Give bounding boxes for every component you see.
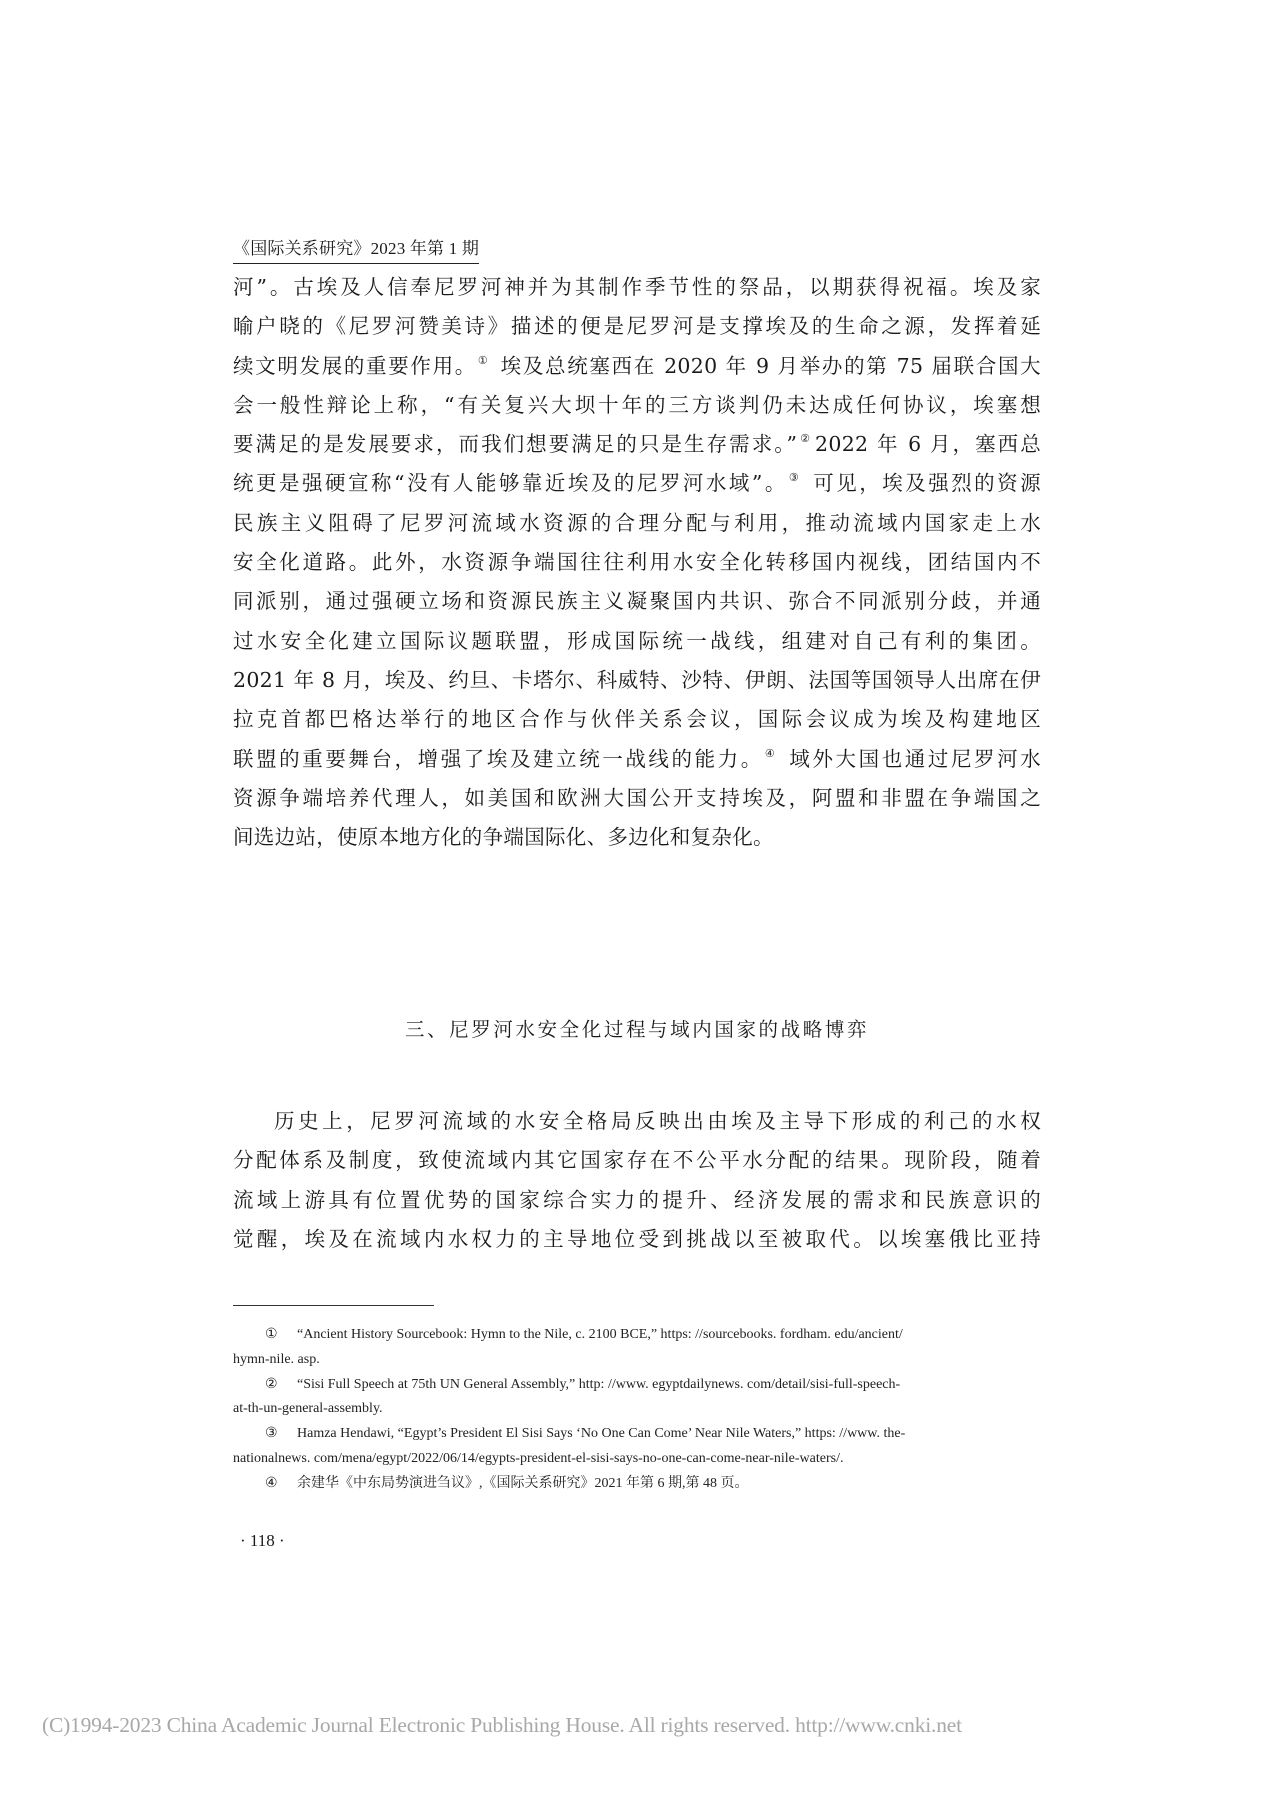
footnote-3-continued: nationalnews. com/mena/egypt/2022/06/14/… (233, 1447, 1041, 1472)
text-span: 域外大国也通过尼罗河水 (789, 747, 1041, 771)
copyright-watermark: (C)1994-2023 China Academic Journal Elec… (42, 1713, 962, 1738)
running-header: 《国际关系研究》2023 年第 1 期 (233, 238, 479, 264)
footnote-marker: ① (265, 1323, 297, 1348)
text-line: 同派别，通过强硬立场和资源民族主义凝聚国内共识、弥合不同派别分歧，并通 (233, 582, 1041, 621)
text-span: 可见，埃及强烈的资源 (813, 471, 1041, 495)
footnote-text: 余建华《中东局势演进刍议》,《国际关系研究》2021 年第 6 期,第 48 页… (297, 1476, 749, 1491)
text-line: 河”。古埃及人信奉尼罗河神并为其制作季节性的祭品，以期获得祝福。埃及家 (233, 268, 1041, 307)
text-span: 联盟的重要舞台，增强了埃及建立统一战线的能力。 (233, 747, 764, 771)
text-span: 要满足的是发展要求，而我们想要满足的只是生存需求。” (233, 432, 797, 456)
paragraph: 历史上，尼罗河流域的水安全格局反映出由埃及主导下形成的利己的水权 分配体系及制度… (233, 1102, 1041, 1259)
page-number: · 118 · (240, 1531, 285, 1551)
footnote-text: “Sisi Full Speech at 75th UN General Ass… (297, 1377, 900, 1392)
footnote-1: ①“Ancient History Sourcebook: Hymn to th… (233, 1323, 1041, 1348)
text-line: 要满足的是发展要求，而我们想要满足的只是生存需求。”②2022 年 6 月，塞西… (233, 425, 1041, 464)
footnote-2: ②“Sisi Full Speech at 75th UN General As… (233, 1373, 1041, 1398)
footnote-ref-3[interactable]: ③ (789, 471, 801, 484)
text-span: 2022 年 6 月，塞西总 (815, 432, 1041, 456)
footnote-marker: ③ (265, 1422, 297, 1447)
footnotes: ①“Ancient History Sourcebook: Hymn to th… (233, 1323, 1041, 1497)
footnote-2-continued: at-th-un-general-assembly. (233, 1397, 1041, 1422)
text-span: 续文明发展的重要作用。 (233, 354, 477, 378)
text-line: 安全化道路。此外，水资源争端国往往利用水安全化转移国内视线，团结国内不 (233, 543, 1041, 582)
text-span: 统更是强硬宣称“没有人能够靠近埃及的尼罗河水域”。 (233, 471, 788, 495)
footnote-divider (233, 1305, 434, 1306)
text-line: 会一般性辩论上称，“有关复兴大坝十年的三方谈判仍未达成任何协议，埃塞想 (233, 386, 1041, 425)
text-line: 过水安全化建立国际议题联盟，形成国际统一战线，组建对自己有利的集团。 (233, 622, 1041, 661)
text-line: 觉醒，埃及在流域内水权力的主导地位受到挑战以至被取代。以埃塞俄比亚持 (233, 1220, 1041, 1259)
text-line: 拉克首都巴格达举行的地区合作与伙伴关系会议，国际会议成为埃及构建地区 (233, 700, 1041, 739)
footnote-marker: ② (265, 1373, 297, 1398)
text-span: 埃及总统塞西在 2020 年 9 月举办的第 75 届联合国大 (501, 354, 1041, 378)
text-line: 间选边站，使原本地方化的争端国际化、多边化和复杂化。 (233, 818, 1041, 857)
text-line: 联盟的重要舞台，增强了埃及建立统一战线的能力。④ 域外大国也通过尼罗河水 (233, 740, 1041, 779)
text-line: 资源争端培养代理人，如美国和欧洲大国公开支持埃及，阿盟和非盟在争端国之 (233, 779, 1041, 818)
paragraph-continued: 河”。古埃及人信奉尼罗河神并为其制作季节性的祭品，以期获得祝福。埃及家 喻户晓的… (233, 268, 1041, 857)
text-line: 2021 年 8 月，埃及、约旦、卡塔尔、科威特、沙特、伊朗、法国等国领导人出席… (233, 661, 1041, 700)
text-line: 民族主义阻碍了尼罗河流域水资源的合理分配与利用，推动流域内国家走上水 (233, 504, 1041, 543)
footnote-marker: ④ (265, 1472, 297, 1497)
text-line: 统更是强硬宣称“没有人能够靠近埃及的尼罗河水域”。③ 可见，埃及强烈的资源 (233, 464, 1041, 503)
text-line: 历史上，尼罗河流域的水安全格局反映出由埃及主导下形成的利己的水权 (233, 1102, 1041, 1141)
footnote-text: “Ancient History Sourcebook: Hymn to the… (297, 1327, 903, 1342)
text-line: 续文明发展的重要作用。① 埃及总统塞西在 2020 年 9 月举办的第 75 届… (233, 347, 1041, 386)
text-line: 喻户晓的《尼罗河赞美诗》描述的便是尼罗河是支撑埃及的生命之源，发挥着延 (233, 307, 1041, 346)
footnote-ref-2[interactable]: ② (798, 432, 812, 445)
text-line: 分配体系及制度，致使流域内其它国家存在不公平水分配的结果。现阶段，随着 (233, 1141, 1041, 1180)
footnote-3: ③Hamza Hendawi, “Egypt’s President El Si… (233, 1422, 1041, 1447)
footnote-4: ④余建华《中东局势演进刍议》,《国际关系研究》2021 年第 6 期,第 48 … (233, 1472, 1041, 1497)
text-line: 流域上游具有位置优势的国家综合实力的提升、经济发展的需求和民族意识的 (233, 1181, 1041, 1220)
footnote-ref-4[interactable]: ④ (765, 747, 777, 760)
footnote-text: Hamza Hendawi, “Egypt’s President El Sis… (297, 1426, 905, 1441)
footnote-ref-1[interactable]: ① (478, 354, 490, 367)
footnote-1-continued: hymn-nile. asp. (233, 1348, 1041, 1373)
section-heading: 三、尼罗河水安全化过程与域内国家的战略博弈 (233, 1017, 1041, 1043)
